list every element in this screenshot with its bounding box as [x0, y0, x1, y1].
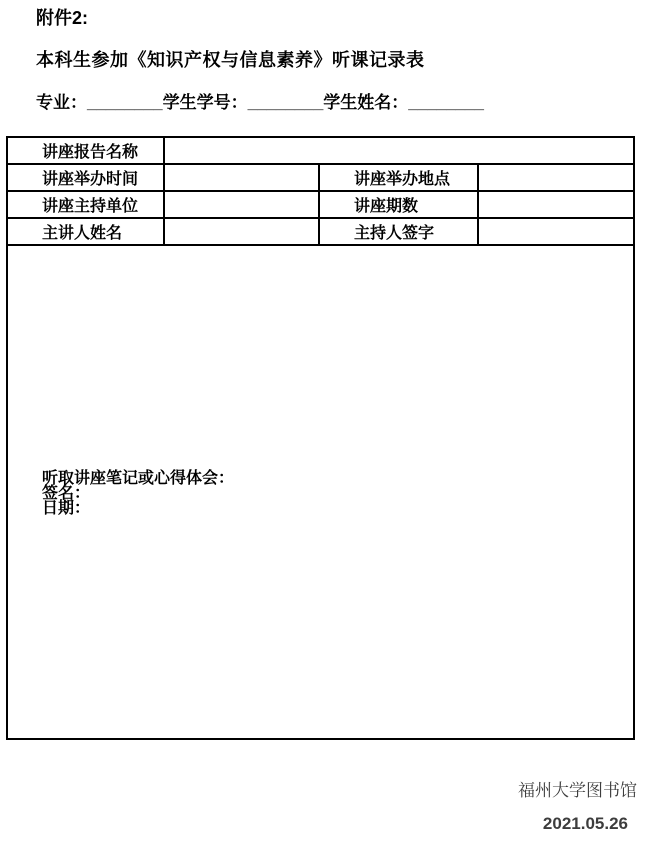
student-id-label: 学生学号：: [163, 93, 248, 112]
date-label: 日期：: [42, 501, 633, 516]
lecture-name-label: 讲座报告名称: [7, 137, 164, 164]
speaker-name-value-cell: [164, 218, 319, 245]
footer-date: 2021.05.26: [543, 814, 628, 834]
lecture-location-label: 讲座举办地点: [319, 164, 478, 191]
document-page: 附件2: 本科生参加《知识产权与信息素养》听课记录表 专业：________学生…: [0, 0, 655, 848]
table-row-host-session: 讲座主持单位 讲座期数: [7, 191, 634, 218]
attachment-label: 附件2:: [36, 8, 88, 28]
host-unit-label: 讲座主持单位: [7, 191, 164, 218]
host-signature-value-cell: [478, 218, 634, 245]
lecture-record-table: 讲座报告名称 讲座举办时间 讲座举办地点 讲座主持单位 讲座期数 主讲人姓名 主…: [6, 136, 635, 740]
table-row-notes: 听取讲座笔记或心得体会： 签名： 日期：: [7, 245, 634, 739]
student-info-line: 专业：________学生学号：________学生姓名：________: [36, 93, 484, 113]
major-blank-field: ________: [87, 93, 163, 112]
page-title: 本科生参加《知识产权与信息素养》听课记录表: [36, 50, 425, 71]
lecture-name-value-cell: [164, 137, 634, 164]
footer-organization: 福州大学图书馆: [518, 776, 637, 801]
table-row-lecture-name: 讲座报告名称: [7, 137, 634, 164]
speaker-name-label: 主讲人姓名: [7, 218, 164, 245]
student-name-blank-field: ________: [408, 93, 484, 112]
host-unit-value-cell: [164, 191, 319, 218]
lecture-time-label: 讲座举办时间: [7, 164, 164, 191]
table-row-time-location: 讲座举办时间 讲座举办地点: [7, 164, 634, 191]
host-signature-label: 主持人签字: [319, 218, 478, 245]
session-number-label: 讲座期数: [319, 191, 478, 218]
student-id-blank-field: ________: [248, 93, 324, 112]
student-name-label: 学生姓名：: [323, 93, 408, 112]
major-label: 专业：: [36, 93, 87, 112]
lecture-time-value-cell: [164, 164, 319, 191]
notes-label: 听取讲座笔记或心得体会：: [42, 471, 633, 486]
notes-cell: 听取讲座笔记或心得体会： 签名： 日期：: [7, 245, 634, 739]
table-row-speaker-signature: 主讲人姓名 主持人签字: [7, 218, 634, 245]
signature-label: 签名：: [42, 486, 633, 501]
session-number-value-cell: [478, 191, 634, 218]
lecture-location-value-cell: [478, 164, 634, 191]
